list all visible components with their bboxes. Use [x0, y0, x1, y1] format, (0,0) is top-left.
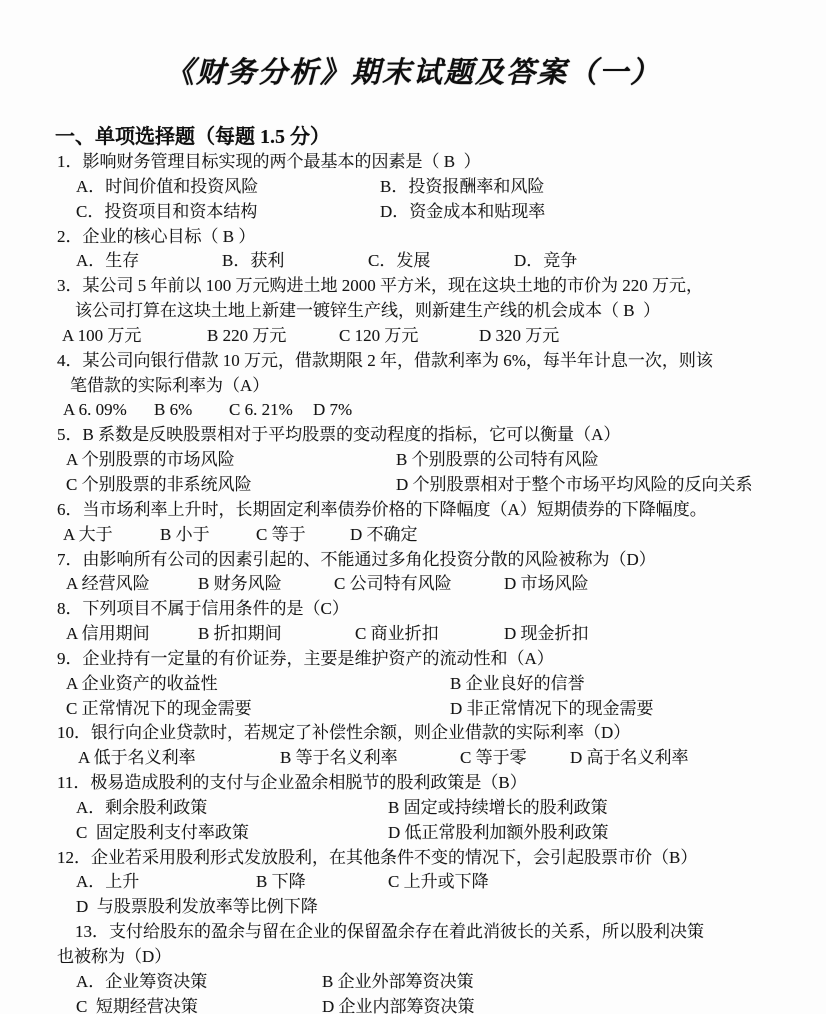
- question-line: 8．下列项目不属于信用条件的是（C）: [0, 597, 826, 622]
- option-row: C 短期经营决策D 企业内部筹资决策: [0, 995, 826, 1014]
- line-text: 6．当市场利率上升时，长期固定利率债券价格的下降幅度（A）短期债券的下降幅度。: [57, 498, 707, 523]
- option-cell: B 个别股票的公司特有风险: [396, 448, 599, 473]
- option-cell: C 商业折扣: [355, 622, 439, 647]
- option-cell: D 个别股票相对于整个市场平均风险的反向关系: [396, 473, 753, 498]
- option-row: A 经营风险B 财务风险C 公司特有风险D 市场风险: [0, 572, 826, 597]
- question-line: 4．某公司向银行借款 10 万元，借款期限 2 年，借款利率为 6%，每半年计息…: [0, 349, 826, 374]
- option-cell: D．竞争: [514, 249, 577, 274]
- document-body: 1．影响财务管理目标实现的两个最基本的因素是（ B ）A．时间价值和投资风险B．…: [0, 150, 826, 1014]
- option-cell: D 市场风险: [504, 572, 589, 597]
- option-cell: A 6. 09%: [63, 398, 127, 423]
- question-line: 5．B 系数是反映股票相对于平均股票的变动程度的指标，它可以衡量（A）: [0, 423, 826, 448]
- option-cell: A 低于名义利率: [78, 746, 196, 771]
- line-text: 该公司打算在这块土地上新建一镀锌生产线，则新建生产线的机会成本（ B ）: [75, 299, 660, 324]
- question-line: 7．由影响所有公司的因素引起的、不能通过多角化投资分散的风险被称为（D）: [0, 548, 826, 573]
- continuation-line: 也被称为（D）: [0, 945, 826, 970]
- option-cell: B．投资报酬率和风险: [380, 175, 544, 200]
- option-cell: D 320 万元: [479, 324, 559, 349]
- option-row: A．时间价值和投资风险B．投资报酬率和风险: [0, 175, 826, 200]
- line-text: 13．支付给股东的盈余与留在企业的保留盈余存在着此消彼长的关系，所以股利决策: [75, 920, 704, 945]
- option-cell: A．企业筹资决策: [76, 970, 207, 995]
- option-cell: C．投资项目和资本结构: [76, 200, 257, 225]
- line-text: 5．B 系数是反映股票相对于平均股票的变动程度的指标，它可以衡量（A）: [57, 423, 620, 448]
- option-cell: C 上升或下降: [388, 870, 489, 895]
- option-cell: B 财务风险: [198, 572, 282, 597]
- option-cell: D 企业内部筹资决策: [322, 995, 475, 1014]
- option-cell: A 经营风险: [66, 572, 150, 597]
- line-text: 7．由影响所有公司的因素引起的、不能通过多角化投资分散的风险被称为（D）: [57, 548, 656, 573]
- continuation-line: 该公司打算在这块土地上新建一镀锌生产线，则新建生产线的机会成本（ B ）: [0, 299, 826, 324]
- option-cell: B 固定或持续增长的股利政策: [388, 796, 608, 821]
- option-row: A．剩余股利政策B 固定或持续增长的股利政策: [0, 796, 826, 821]
- option-cell: A 个别股票的市场风险: [66, 448, 235, 473]
- option-row: A 企业资产的收益性B 企业良好的信誉: [0, 672, 826, 697]
- option-cell: D 现金折扣: [504, 622, 589, 647]
- option-row: A 低于名义利率B 等于名义利率C 等于零D 高于名义利率: [0, 746, 826, 771]
- option-cell: D 非正常情况下的现金需要: [450, 697, 654, 722]
- option-row: A 6. 09%B 6%C 6. 21%D 7%: [0, 398, 826, 423]
- line-text: 9．企业持有一定量的有价证券，主要是维护资产的流动性和（A）: [57, 647, 554, 672]
- line-text: 3．某公司 5 年前以 100 万元购进土地 2000 平方米，现在这块土地的市…: [57, 274, 703, 299]
- line-text: 8．下列项目不属于信用条件的是（C）: [57, 597, 349, 622]
- option-cell: C 6. 21%: [229, 398, 293, 423]
- question-line: 10．银行向企业贷款时，若规定了补偿性余额，则企业借款的实际利率（D）: [0, 721, 826, 746]
- line-text: 4．某公司向银行借款 10 万元，借款期限 2 年，借款利率为 6%，每半年计息…: [57, 349, 713, 374]
- option-row: A．企业筹资决策B 企业外部筹资决策: [0, 970, 826, 995]
- option-row: A．上升B 下降C 上升或下降: [0, 870, 826, 895]
- option-cell: D 高于名义利率: [570, 746, 689, 771]
- option-row: C 正常情况下的现金需要D 非正常情况下的现金需要: [0, 697, 826, 722]
- option-cell: B 下降: [256, 870, 306, 895]
- option-cell: D 不确定: [350, 523, 418, 548]
- question-line: 2．企业的核心目标（ B ）: [0, 225, 826, 250]
- option-cell: B 折扣期间: [198, 622, 282, 647]
- continuation-line: 笔借款的实际利率为（A）: [0, 374, 826, 399]
- option-row: A 个别股票的市场风险B 个别股票的公司特有风险: [0, 448, 826, 473]
- option-row: D 与股票股利发放率等比例下降: [0, 895, 826, 920]
- option-cell: C 等于零: [460, 746, 527, 771]
- option-row: C 固定股利支付率政策D 低正常股利加额外股利政策: [0, 821, 826, 846]
- option-cell: A 企业资产的收益性: [66, 672, 218, 697]
- question-line: 11．极易造成股利的支付与企业盈余相脱节的股利政策是（B）: [0, 771, 826, 796]
- line-text: 1．影响财务管理目标实现的两个最基本的因素是（ B ）: [57, 150, 481, 175]
- option-cell: C 正常情况下的现金需要: [66, 697, 252, 722]
- question-line: 1．影响财务管理目标实现的两个最基本的因素是（ B ）: [0, 150, 826, 175]
- option-cell: A．生存: [76, 249, 139, 274]
- option-cell: B 企业外部筹资决策: [322, 970, 474, 995]
- option-cell: D 与股票股利发放率等比例下降: [76, 895, 318, 920]
- option-cell: C．发展: [368, 249, 430, 274]
- option-cell: B 企业良好的信誉: [450, 672, 585, 697]
- question-line: 9．企业持有一定量的有价证券，主要是维护资产的流动性和（A）: [0, 647, 826, 672]
- exam-title: 《财务分析》期末试题及答案（一）: [0, 50, 826, 91]
- option-cell: C 固定股利支付率政策: [76, 821, 249, 846]
- option-cell: B 220 万元: [207, 324, 286, 349]
- option-row: A 信用期间B 折扣期间C 商业折扣D 现金折扣: [0, 622, 826, 647]
- option-cell: C 120 万元: [339, 324, 418, 349]
- option-cell: B 等于名义利率: [280, 746, 398, 771]
- line-text: 10．银行向企业贷款时，若规定了补偿性余额，则企业借款的实际利率（D）: [57, 721, 630, 746]
- option-cell: C 短期经营决策: [76, 995, 198, 1014]
- option-row: C 个别股票的非系统风险D 个别股票相对于整个市场平均风险的反向关系: [0, 473, 826, 498]
- option-cell: C 等于: [256, 523, 306, 548]
- question-line: 3．某公司 5 年前以 100 万元购进土地 2000 平方米，现在这块土地的市…: [0, 274, 826, 299]
- option-row: C．投资项目和资本结构D．资金成本和贴现率: [0, 200, 826, 225]
- section-heading: 一、单项选择题（每题 1.5 分）: [55, 120, 330, 149]
- line-text: 12．企业若采用股利形式发放股利，在其他条件不变的情况下，会引起股票市价（B）: [57, 846, 697, 871]
- option-cell: A．时间价值和投资风险: [76, 175, 258, 200]
- option-cell: C 公司特有风险: [334, 572, 452, 597]
- option-cell: B 小于: [160, 523, 210, 548]
- option-cell: B．获利: [222, 249, 284, 274]
- option-cell: B 6%: [154, 398, 192, 423]
- option-cell: A．剩余股利政策: [76, 796, 207, 821]
- option-row: A．生存B．获利C．发展D．竞争: [0, 249, 826, 274]
- option-cell: D．资金成本和贴现率: [380, 200, 545, 225]
- exam-document-page: 《财务分析》期末试题及答案（一） 一、单项选择题（每题 1.5 分） 1．影响财…: [0, 0, 826, 1014]
- option-cell: C 个别股票的非系统风险: [66, 473, 252, 498]
- option-cell: A．上升: [76, 870, 139, 895]
- question-line: 13．支付给股东的盈余与留在企业的保留盈余存在着此消彼长的关系，所以股利决策: [0, 920, 826, 945]
- option-row: A 100 万元B 220 万元C 120 万元D 320 万元: [0, 324, 826, 349]
- line-text: 也被称为（D）: [57, 945, 171, 970]
- question-line: 6．当市场利率上升时，长期固定利率债券价格的下降幅度（A）短期债券的下降幅度。: [0, 498, 826, 523]
- line-text: 2．企业的核心目标（ B ）: [57, 225, 255, 250]
- question-line: 12．企业若采用股利形式发放股利，在其他条件不变的情况下，会引起股票市价（B）: [0, 846, 826, 871]
- option-cell: A 信用期间: [66, 622, 150, 647]
- option-cell: D 低正常股利加额外股利政策: [388, 821, 609, 846]
- option-cell: A 大于: [63, 523, 113, 548]
- line-text: 11．极易造成股利的支付与企业盈余相脱节的股利政策是（B）: [57, 771, 527, 796]
- line-text: 笔借款的实际利率为（A）: [70, 374, 269, 399]
- option-cell: D 7%: [313, 398, 352, 423]
- option-row: A 大于B 小于C 等于D 不确定: [0, 523, 826, 548]
- option-cell: A 100 万元: [62, 324, 141, 349]
